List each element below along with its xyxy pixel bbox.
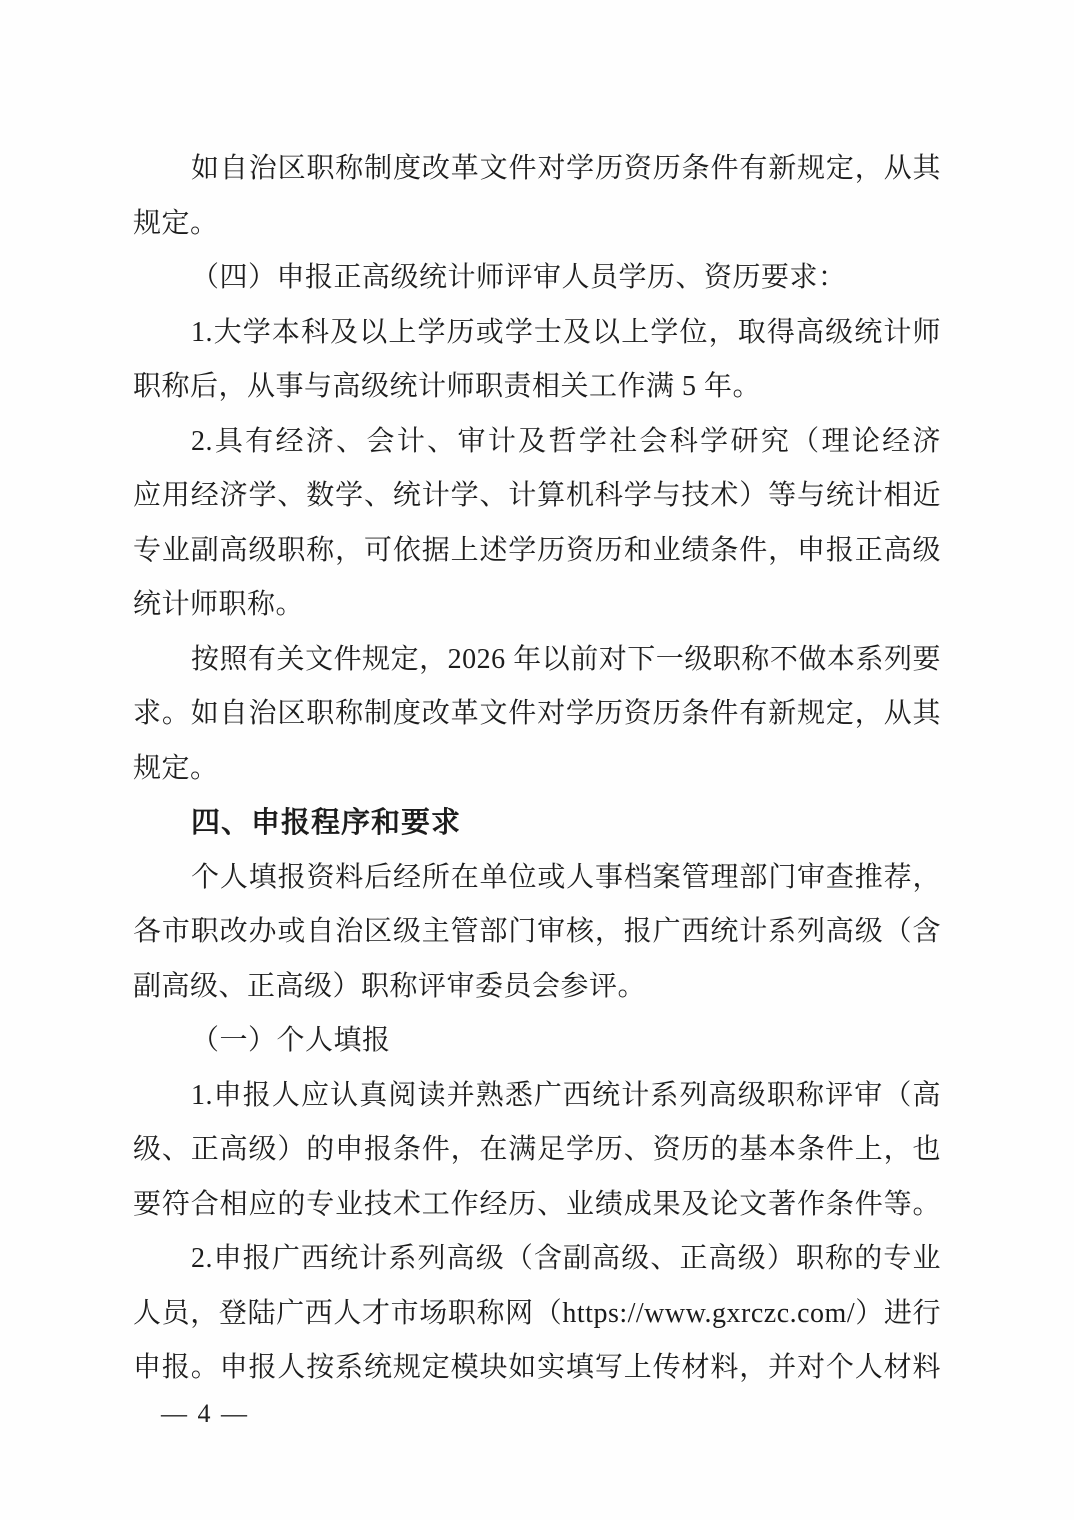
- text-line: 级、正高级）的申报条件，在满足学历、资历的基本条件上，也: [133, 1123, 941, 1178]
- text-line: 副高级、正高级）职称评审委员会参评。: [133, 960, 941, 1015]
- text-line: 1.大学本科及以上学历或学士及以上学位，取得高级统计师: [133, 306, 941, 361]
- text-line: 如自治区职称制度改革文件对学历资历条件有新规定，从其: [133, 142, 941, 197]
- text-line: 按照有关文件规定，2026 年以前对下一级职称不做本系列要: [133, 633, 941, 688]
- text-line: 各市职改办或自治区级主管部门审核，报广西统计系列高级（含: [133, 905, 941, 960]
- text-line: 2.具有经济、会计、审计及哲学社会科学研究（理论经济学、: [133, 415, 941, 470]
- text-line: 规定。: [133, 742, 941, 797]
- text-line: 职称后，从事与高级统计师职责相关工作满 5 年。: [133, 360, 941, 415]
- text-line: 申报。申报人按系统规定模块如实填写上传材料，并对个人材料: [133, 1341, 941, 1396]
- text-line: 2.申报广西统计系列高级（含副高级、正高级）职称的专业技术: [133, 1232, 941, 1287]
- text-line: 求。如自治区职称制度改革文件对学历资历条件有新规定，从其: [133, 687, 941, 742]
- page-number: — 4 —: [161, 1399, 249, 1428]
- text-line: 人员，登陆广西人才市场职称网（https://www.gxrczc.com/）进…: [133, 1287, 941, 1342]
- text-line: 规定。: [133, 197, 941, 252]
- text-line: 应用经济学、数学、统计学、计算机科学与技术）等与统计相近: [133, 469, 941, 524]
- text-line: （一）个人填报: [133, 1014, 941, 1069]
- document-page: 如自治区职称制度改革文件对学历资历条件有新规定，从其规定。（四）申报正高级统计师…: [0, 0, 1074, 1520]
- document-body: 如自治区职称制度改革文件对学历资历条件有新规定，从其规定。（四）申报正高级统计师…: [133, 142, 941, 1396]
- text-line: 个人填报资料后经所在单位或人事档案管理部门审查推荐，: [133, 851, 941, 906]
- text-line: 要符合相应的专业技术工作经历、业绩成果及论文著作条件等。: [133, 1178, 941, 1233]
- text-line: 四、申报程序和要求: [133, 796, 941, 851]
- text-line: 专业副高级职称，可依据上述学历资历和业绩条件，申报正高级: [133, 524, 941, 579]
- page-footer: — 4 —: [133, 1394, 941, 1434]
- text-line: 统计师职称。: [133, 578, 941, 633]
- text-line: 1.申报人应认真阅读并熟悉广西统计系列高级职称评审（高: [133, 1069, 941, 1124]
- text-line: （四）申报正高级统计师评审人员学历、资历要求：: [133, 251, 941, 306]
